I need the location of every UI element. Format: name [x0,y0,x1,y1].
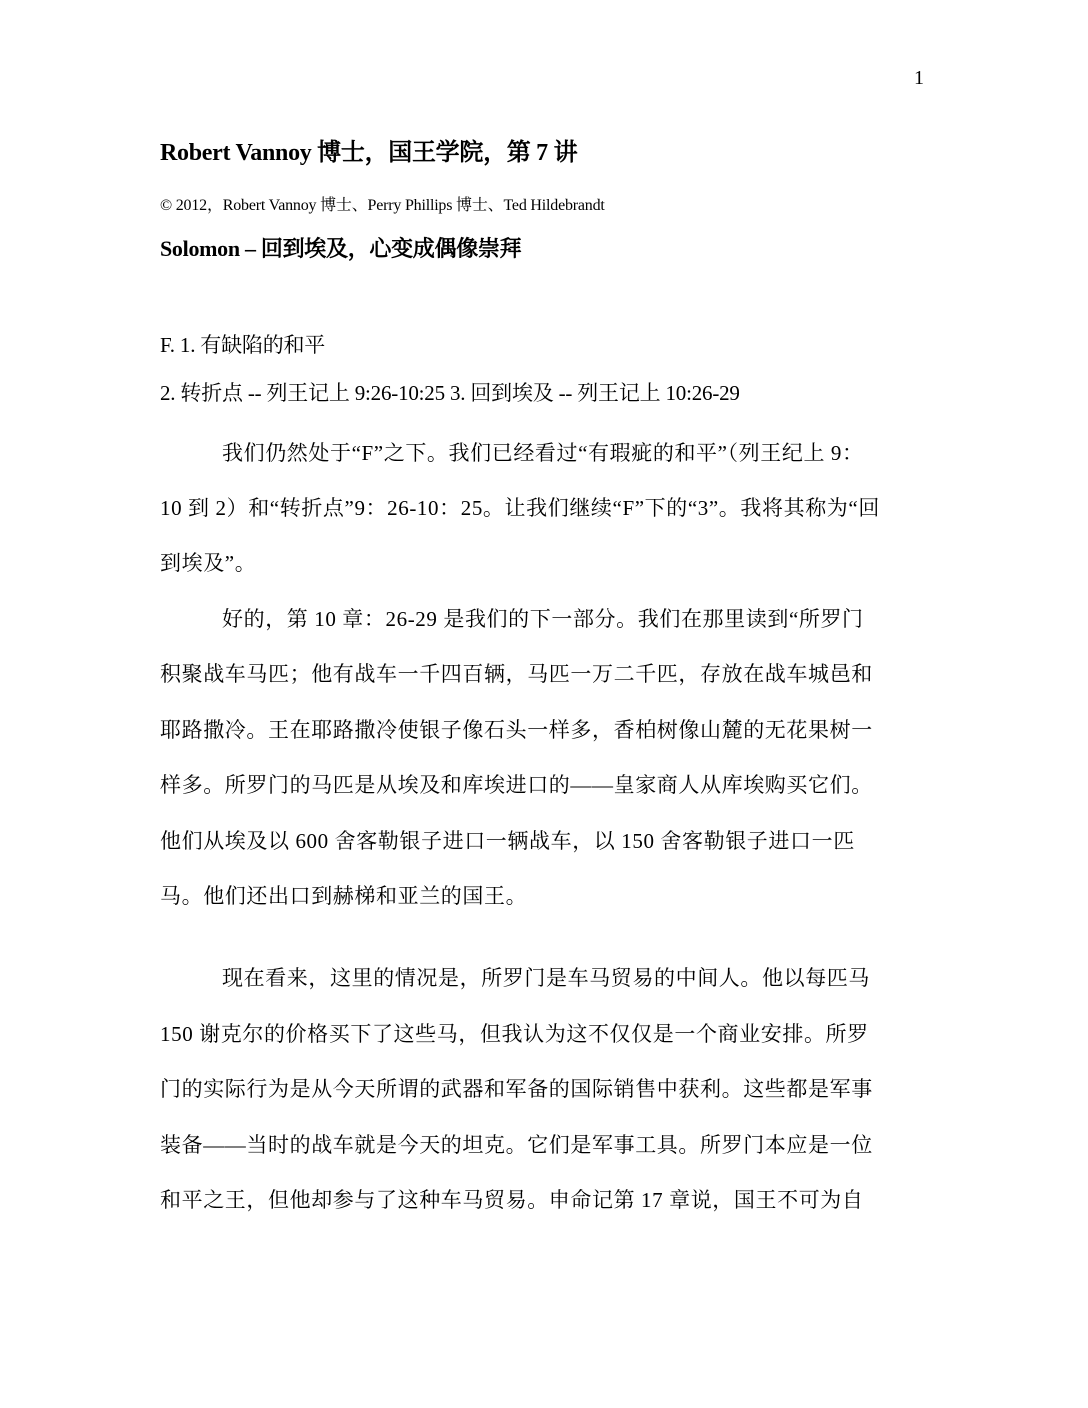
paragraph-3-line-4: 装备——当时的战车就是今天的坦克。它们是军事工具。所罗门本应是一位 [160,1131,873,1159]
paragraph-1-line-3: 到埃及”。 [160,549,256,577]
paragraph-3-line-2: 150 谢克尔的价格买下了这些马，但我认为这不仅仅是一个商业安排。所罗 [160,1020,869,1048]
copyright-line: © 2012，Robert Vannoy 博士、Perry Phillips 博… [160,195,605,217]
lecture-subtitle: Solomon – 回到埃及，心变成偶像崇拜 [160,234,521,264]
paragraph-3-line-5: 和平之王，但他却参与了这种车马贸易。申命记第 17 章说，国王不可为自 [160,1186,864,1214]
document-title: Robert Vannoy 博士，国王学院，第 7 讲 [160,138,577,168]
paragraph-2-line-1: 好的，第 10 章：26-29 是我们的下一部分。我们在那里读到“所罗门 [222,605,864,633]
page-number: 1 [914,66,924,90]
paragraph-3-line-3: 门的实际行为是从今天所谓的武器和军备的国际销售中获利。这些都是军事 [160,1075,873,1103]
paragraph-2-line-5: 他们从埃及以 600 舍客勒银子进口一辆战车，以 150 舍客勒银子进口一匹 [160,827,855,855]
paragraph-2-line-4: 样多。所罗门的马匹是从埃及和库埃进口的——皇家商人从库埃购买它们。 [160,771,873,799]
outline-item-2-3: 2. 转折点 -- 列王记上 9:26-10:25 3. 回到埃及 -- 列王记… [160,379,740,407]
paragraph-1-line-2: 10 到 2）和“转折点”9：26-10：25。让我们继续“F”下的“3”。我将… [160,494,880,522]
paragraph-3-line-1: 现在看来，这里的情况是，所罗门是车马贸易的中间人。他以每匹马 [222,964,870,992]
paragraph-1-line-1: 我们仍然处于“F”之下。我们已经看过“有瑕疵的和平”（列王纪上 9： [222,439,864,467]
document-page: 1 Robert Vannoy 博士，国王学院，第 7 讲 © 2012，Rob… [0,0,1088,1408]
paragraph-2-line-2: 积聚战车马匹；他有战车一千四百辆，马匹一万二千匹，存放在战车城邑和 [160,660,873,688]
paragraph-2-line-3: 耶路撒冷。王在耶路撒冷使银子像石头一样多，香柏树像山麓的无花果树一 [160,716,873,744]
paragraph-2-line-6: 马。他们还出口到赫梯和亚兰的国王。 [160,882,527,910]
outline-item-f1: F. 1. 有缺陷的和平 [160,331,325,359]
